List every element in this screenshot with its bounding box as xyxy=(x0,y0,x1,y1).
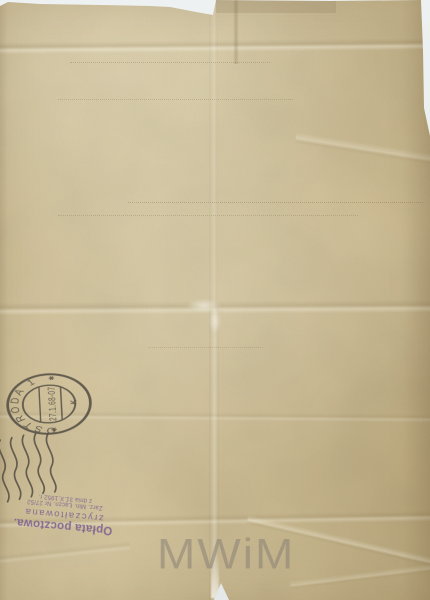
postmark-index-letter: K xyxy=(68,399,79,404)
paper-sheet: OSTRÓDA 1 27.1.68-07 K ✱ ✱ Opłata poczto… xyxy=(0,0,430,600)
scan-background: OSTRÓDA 1 27.1.68-07 K ✱ ✱ Opłata poczto… xyxy=(0,0,430,600)
fold-crease-top xyxy=(0,38,430,55)
postmark-date-band-top-line xyxy=(39,387,41,423)
topright-edge-shading xyxy=(216,0,336,13)
wave-line xyxy=(34,434,45,494)
vertical-fold-upper xyxy=(209,0,218,310)
fold-crease-topright-diagonal xyxy=(295,132,430,166)
bleed-through-dotted-line xyxy=(148,347,263,348)
postmark-date-band-bottom-line xyxy=(61,387,63,419)
postal-fee-stamp: Opłata pocztowa. zryczałtowana Zarz. Min… xyxy=(0,488,129,537)
crease-bottomright-diagonal-2 xyxy=(290,563,430,590)
right-edge-shading xyxy=(402,0,430,600)
archive-watermark: MWiM xyxy=(157,529,295,579)
bleed-through-dotted-line xyxy=(128,202,423,203)
wave-line xyxy=(46,434,57,492)
bleed-through-dotted-line xyxy=(70,62,270,63)
worn-spot-center-vertical xyxy=(209,308,221,334)
worn-spot-center xyxy=(186,299,222,312)
bleed-through-dotted-line xyxy=(58,99,293,100)
vertical-crease-top xyxy=(233,0,239,64)
wave-line xyxy=(22,435,34,497)
crease-bottomleft-diagonal xyxy=(0,541,130,566)
fold-crease-middle xyxy=(0,299,430,315)
bleed-through-dotted-line xyxy=(58,215,358,216)
postmark-star-right: ✱ xyxy=(48,376,56,381)
postmark-date-text: 27.1.68-07 xyxy=(45,386,58,421)
